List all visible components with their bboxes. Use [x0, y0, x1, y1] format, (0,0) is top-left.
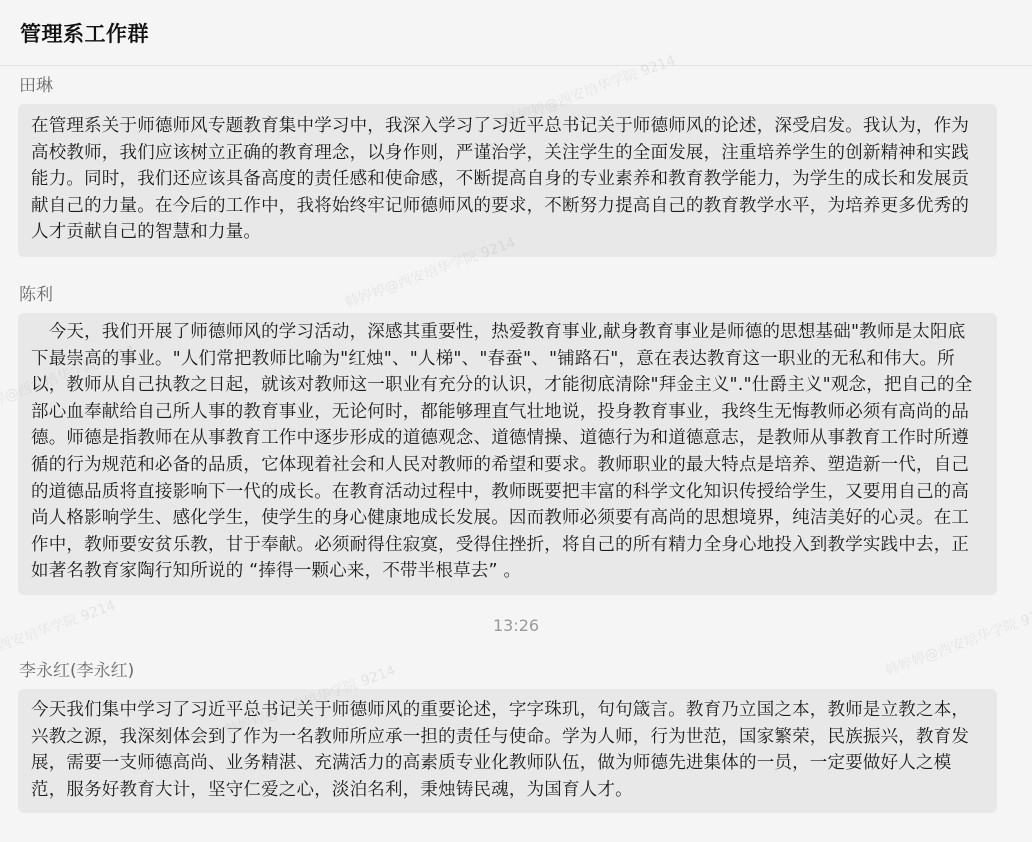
message-item: 田琳 在管理系关于师德师风专题教育集中学习中，我深入学习了习近平总书记关于师德师…	[18, 68, 1032, 257]
message-item: 李永红(李永红) 今天我们集中学习了习近平总书记关于师德师风的重要论述，字字珠玑…	[18, 653, 1032, 813]
message-bubble[interactable]: 今天我们集中学习了习近平总书记关于师德师风的重要论述，字字珠玑，句句箴言。教育乃…	[18, 689, 997, 813]
sender-name: 田琳	[18, 68, 1032, 104]
chat-header: 管理系工作群	[0, 0, 1032, 66]
sender-name: 陈利	[18, 277, 1032, 313]
message-bubble[interactable]: 在管理系关于师德师风专题教育集中学习中，我深入学习了习近平总书记关于师德师风的论…	[18, 104, 997, 257]
message-bubble[interactable]: 今天，我们开展了师德师风的学习活动，深感其重要性，热爱教育事业,献身教育事业是师…	[18, 313, 997, 595]
group-title: 管理系工作群	[20, 18, 149, 48]
message-timestamp: 13:26	[18, 607, 1032, 645]
message-item: 陈利 今天，我们开展了师德师风的学习活动，深感其重要性，热爱教育事业,献身教育事…	[18, 277, 1032, 595]
message-list[interactable]: 田琳 在管理系关于师德师风专题教育集中学习中，我深入学习了习近平总书记关于师德师…	[0, 68, 1032, 813]
sender-name: 李永红(李永红)	[18, 653, 1032, 689]
